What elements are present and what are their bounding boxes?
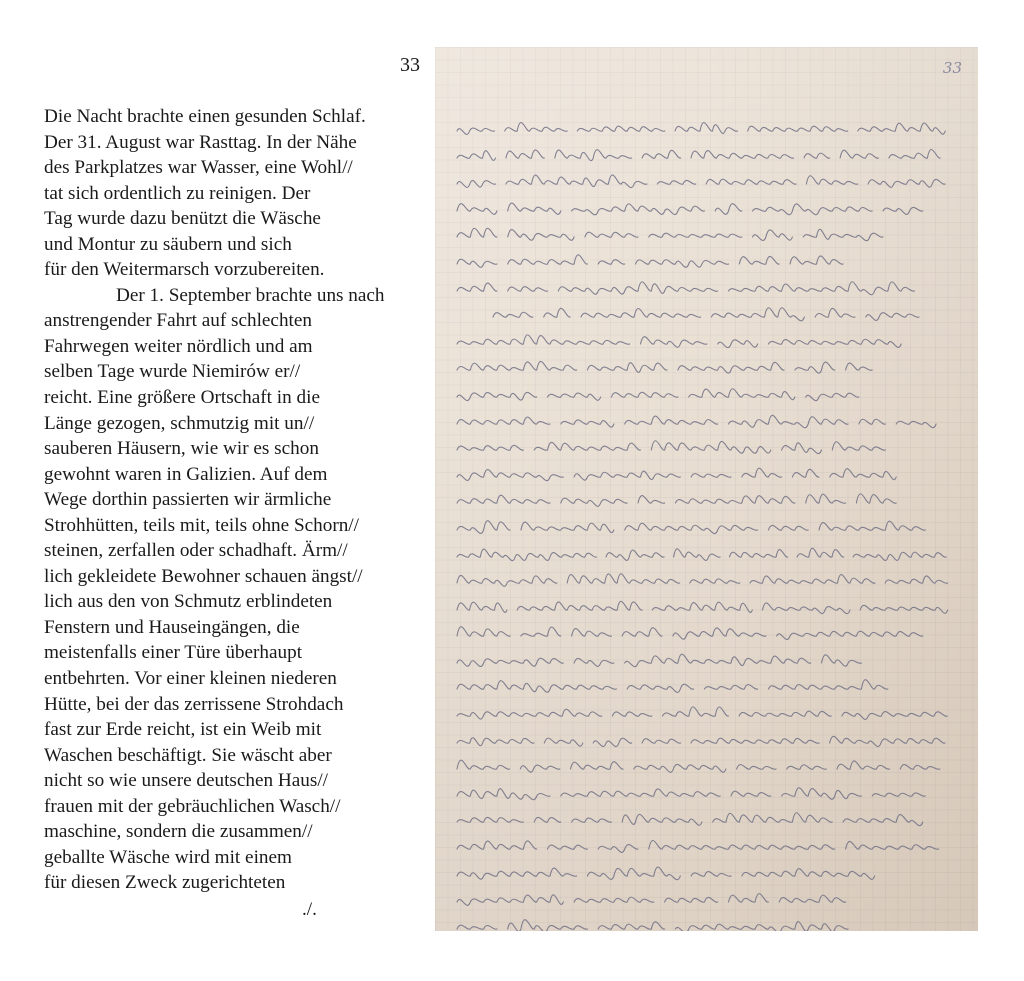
- scan-page-number: 33: [943, 59, 962, 77]
- transcription-line: Tag wurde dazu benützt die Wäsche: [44, 206, 434, 232]
- transcription-line: frauen mit der gebräuchlichen Wasch//: [44, 794, 434, 820]
- handwritten-line: [453, 221, 968, 248]
- handwriting-stroke: [453, 354, 968, 384]
- transcription-line: gewohnt waren in Galizien. Auf dem: [44, 462, 434, 488]
- transcription-line: maschine, sondern die zusammen//: [44, 819, 434, 845]
- transcription-line: für diesen Zweck zugerichteten: [44, 870, 434, 896]
- handwritten-line: [453, 514, 968, 541]
- transcription-line: fast zur Erde reicht, ist ein Weib mit: [44, 717, 434, 743]
- handwriting-stroke: [453, 620, 968, 650]
- continuation-mark: ./.: [302, 898, 317, 922]
- transcription-line: steinen, zerfallen oder schadhaft. Ärm//: [44, 538, 434, 564]
- handwriting-stroke: [453, 434, 968, 464]
- transcription-line: Der 31. August war Rasttag. In der Nähe: [44, 130, 434, 156]
- handwriting-stroke: [453, 275, 968, 305]
- transcription-line: Strohhütten, teils mit, teils ohne Schor…: [44, 513, 434, 539]
- handwriting-stroke: [453, 461, 968, 491]
- handwriting-stroke: [453, 673, 968, 703]
- handwriting-stroke: [453, 753, 968, 783]
- handwriting-stroke: [453, 514, 968, 544]
- transcription-line: geballte Wäsche wird mit einem: [44, 845, 434, 871]
- transcription-line: reicht. Eine größere Ortschaft in die: [44, 385, 434, 411]
- handwritten-line: [453, 168, 968, 195]
- handwriting-stroke: [453, 727, 968, 757]
- handwriting-stroke: [453, 248, 968, 278]
- handwritten-line: [453, 806, 968, 833]
- handwritten-line: [453, 541, 968, 568]
- handwriting-stroke: [453, 541, 968, 571]
- handwriting-stroke: [453, 913, 968, 931]
- handwriting-stroke: [453, 195, 968, 225]
- transcription-line: entbehrten. Vor einer kleinen niederen: [44, 666, 434, 692]
- handwritten-line: [453, 860, 968, 887]
- handwritten-line: [453, 461, 968, 488]
- transcription-line: Fahrwegen weiter nördlich und am: [44, 334, 434, 360]
- handwritten-line: [453, 833, 968, 860]
- handwritten-line: [453, 142, 968, 169]
- handwritten-page-scan: 33: [435, 47, 978, 931]
- transcription-line: Länge gezogen, schmutzig mit un//: [44, 411, 434, 437]
- handwritten-line: [453, 434, 968, 461]
- transcription-line: meistenfalls einer Türe überhaupt: [44, 640, 434, 666]
- handwritten-line: [453, 115, 968, 142]
- handwritten-line: [453, 913, 968, 931]
- handwriting-stroke: [453, 142, 968, 172]
- handwriting-stroke: [453, 487, 968, 517]
- handwritten-line: [453, 381, 968, 408]
- transcription-line: für den Weitermarsch vorzubereiten.: [44, 257, 434, 283]
- handwriting-stroke: [453, 860, 968, 890]
- handwritten-line: [453, 328, 968, 355]
- handwriting-stroke: [453, 408, 968, 438]
- transcription-line: Der 1. September brachte uns nach: [44, 283, 434, 309]
- handwritten-line: [453, 673, 968, 700]
- transcription-line: nicht so wie unsere deutschen Haus//: [44, 768, 434, 794]
- handwritten-line: [453, 195, 968, 222]
- handwriting-stroke: [453, 381, 968, 411]
- transcription-line: lich aus den von Schmutz erblindeten: [44, 589, 434, 615]
- handwriting-stroke: [453, 301, 968, 331]
- handwritten-line: [453, 354, 968, 381]
- handwritten-line: [453, 567, 968, 594]
- handwritten-line: [453, 248, 968, 275]
- handwritten-line: [453, 647, 968, 674]
- transcription-line: sauberen Häusern, wie wir es schon: [44, 436, 434, 462]
- transcription-line: des Parkplatzes war Wasser, eine Wohl//: [44, 155, 434, 181]
- transcription-line: anstrengender Fahrt auf schlechten: [44, 308, 434, 334]
- handwriting-stroke: [453, 115, 968, 145]
- handwritten-line: [453, 700, 968, 727]
- handwritten-line: [453, 753, 968, 780]
- handwriting-stroke: [453, 647, 968, 677]
- handwritten-line: [453, 301, 968, 328]
- handwriting-stroke: [453, 221, 968, 251]
- handwritten-line: [453, 620, 968, 647]
- handwriting-stroke: [453, 806, 968, 836]
- handwriting-stroke: [453, 780, 968, 810]
- transcription-line: Wege dorthin passierten wir ärmliche: [44, 487, 434, 513]
- transcription-line: Waschen beschäftigt. Sie wäscht aber: [44, 743, 434, 769]
- handwritten-line: [453, 780, 968, 807]
- transcription-line: selben Tage wurde Niemirów er//: [44, 359, 434, 385]
- handwritten-line: [453, 487, 968, 514]
- handwritten-line: [453, 594, 968, 621]
- transcription-line: und Montur zu säubern und sich: [44, 232, 434, 258]
- transcription-line: Die Nacht brachte einen gesunden Schlaf.: [44, 104, 434, 130]
- transcription-line: tat sich ordentlich zu reinigen. Der: [44, 181, 434, 207]
- transcription-line: lich gekleidete Bewohner schauen ängst//: [44, 564, 434, 590]
- handwriting-stroke: [453, 168, 968, 198]
- handwriting-stroke: [453, 328, 968, 358]
- handwriting-stroke: [453, 567, 968, 597]
- handwriting-stroke: [453, 594, 968, 624]
- handwriting-stroke: [453, 886, 968, 916]
- handwriting-stroke: [453, 700, 968, 730]
- handwriting-stroke: [453, 833, 968, 863]
- transcription-text: Die Nacht brachte einen gesunden Schlaf.…: [44, 104, 434, 896]
- transcription-line: Fenstern und Hauseingängen, die: [44, 615, 434, 641]
- handwritten-line: [453, 886, 968, 913]
- page-number: 33: [400, 53, 420, 77]
- handwritten-line: [453, 408, 968, 435]
- handwritten-lines: [453, 115, 968, 931]
- transcription-line: Hütte, bei der das zerrissene Strohdach: [44, 692, 434, 718]
- handwritten-line: [453, 727, 968, 754]
- handwritten-line: [453, 275, 968, 302]
